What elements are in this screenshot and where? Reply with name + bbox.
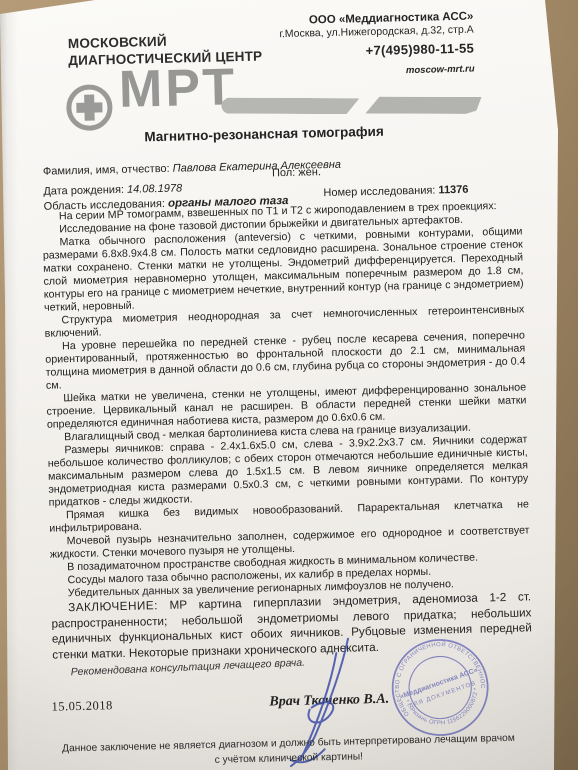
study-number-label: Номер исследования:	[323, 184, 435, 199]
patient-sex-row: Пол: жен.	[272, 166, 321, 179]
patient-birth-label: Дата рождения:	[43, 184, 124, 198]
patient-sex-value: жен.	[298, 166, 321, 179]
patient-birth-row: Дата рождения: 14.08.1978	[43, 182, 182, 197]
document-content: МОСКОВСКИЙ ДИАГНОСТИЧЕСКИЙ ЦЕНТР ООО «Ме…	[0, 0, 578, 770]
mrt-logo-text: МРТ	[118, 61, 237, 116]
logo-swoosh-left	[221, 98, 359, 115]
photo-background: МОСКОВСКИЙ ДИАГНОСТИЧЕСКИЙ ЦЕНТР ООО «Ме…	[0, 0, 578, 770]
study-number-value: 11376	[438, 184, 468, 197]
conclusion-label: ЗАКЛЮЧЕНИЕ:	[68, 599, 158, 614]
org-website: moscow-mrt.ru	[280, 64, 475, 80]
patient-birth-value: 14.08.1978	[127, 182, 182, 195]
organization-stamp-icon: ОБЩЕСТВО С ОГРАНИЧЕННОЙ ОТВЕТСТВЕННОСТЬЮ…	[380, 627, 501, 748]
clinic-contacts: ООО «Меддиагностика АСС» г.Москва, ул.Ни…	[279, 11, 475, 80]
org-phone: +7(495)980-11-55	[280, 41, 475, 61]
patient-name-label: Фамилия, имя, отчество:	[43, 163, 170, 178]
report-body: На серии МР томограмм, взвешенных по Т1 …	[42, 199, 533, 662]
report-paragraph: Матка обычного расположения (anteversio)…	[42, 225, 524, 314]
study-number-row: Номер исследования: 11376	[323, 184, 468, 199]
paper-sheet: МОСКОВСКИЙ ДИАГНОСТИЧЕСКИЙ ЦЕНТР ООО «Ме…	[0, 0, 578, 770]
report-paragraph: Размеры яичников: справа - 2.4х1.6х5.0 с…	[47, 433, 528, 509]
logo-swoosh-right	[365, 97, 481, 115]
medical-cross-icon	[66, 84, 113, 131]
patient-sex-label: Пол:	[272, 167, 296, 180]
report-date: 15.05.2018	[51, 698, 113, 714]
